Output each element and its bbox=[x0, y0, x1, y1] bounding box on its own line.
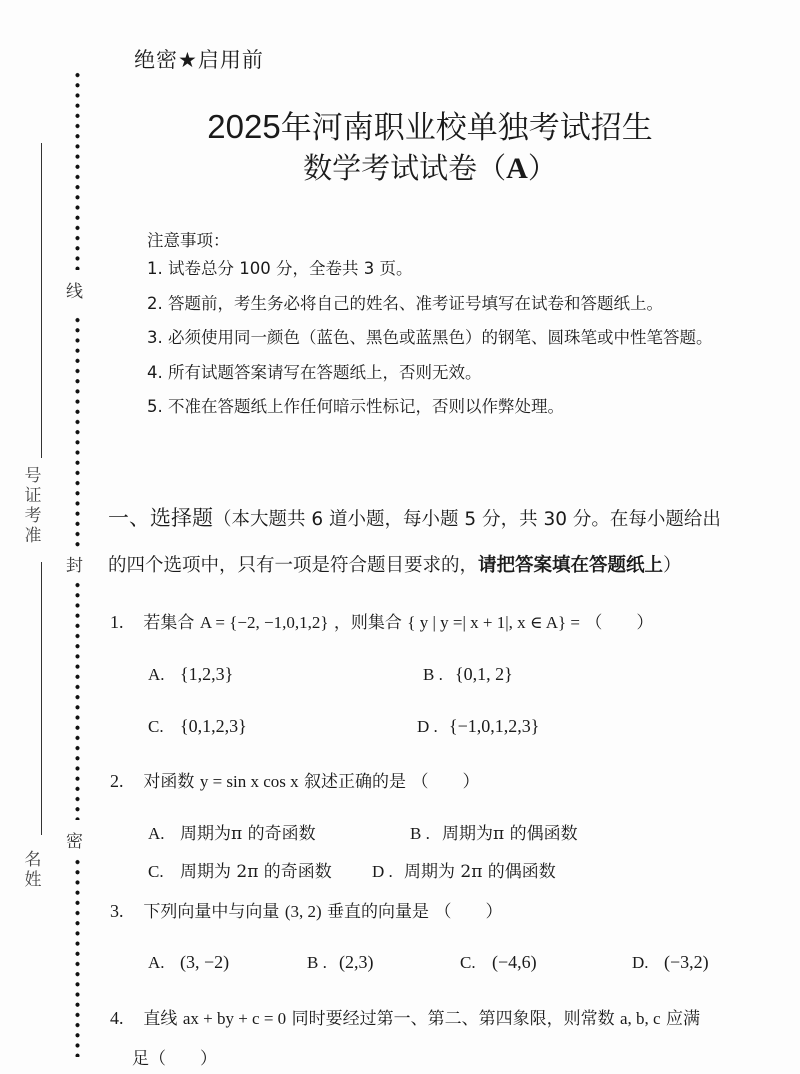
option-b: B .(2,3) bbox=[307, 952, 374, 973]
binding-rule-line bbox=[41, 562, 42, 835]
question-3: 3. 下列向量中与向量 (3, 2) 垂直的向量是 （ ） bbox=[110, 897, 502, 922]
notice-heading: 注意事项： bbox=[147, 227, 713, 251]
answer-sheet-instruction: 请把答案填在答题纸上 bbox=[478, 555, 663, 576]
notice-item: 1. 试卷总分 100 分，全卷共 3 页。 bbox=[147, 257, 713, 292]
notice-item: 4. 所有试题答案请写在答题纸上，否则无效。 bbox=[147, 361, 713, 396]
question-number: 3. bbox=[110, 901, 138, 922]
notice-item: 3. 必须使用同一颜色（蓝色、黑色或蓝黑色）的钢笔、圆珠笔或中性笔答题。 bbox=[147, 326, 713, 361]
name-label: 名 姓 bbox=[23, 850, 43, 890]
notice-item: 5. 不准在答题纸上作任何暗示性标记，否则以作弊处理。 bbox=[147, 395, 713, 430]
seal-dotted-line bbox=[75, 857, 80, 1057]
math-expression: ax + by + c = 0 bbox=[183, 1009, 286, 1028]
option-a: A.{1,2,3} bbox=[148, 664, 233, 685]
math-expression: a, b, c bbox=[620, 1009, 661, 1028]
question-1: 1. 若集合 A = {−2, −1,0,1,2} ，则集合 { y | y =… bbox=[110, 608, 653, 633]
question-number: 1. bbox=[110, 612, 138, 633]
seal-dotted-line bbox=[75, 580, 80, 820]
paper-variant: A bbox=[506, 152, 528, 185]
math-expression: y = sin x cos x bbox=[200, 772, 299, 791]
binding-rule-line bbox=[41, 143, 42, 458]
option-a: A.周期为π 的奇函数 bbox=[148, 819, 316, 844]
notice-item: 2. 答题前，考生务必将自己的姓名、准考证号填写在试卷和答题纸上。 bbox=[147, 292, 713, 327]
question-number: 2. bbox=[110, 771, 138, 792]
question-number: 4. bbox=[110, 1008, 138, 1029]
exam-subtitle: 数学考试试卷（A） bbox=[0, 146, 800, 187]
answer-blank: （ ） bbox=[434, 897, 502, 922]
exam-year: 2025 bbox=[207, 108, 280, 145]
option-a: A.(3, −2) bbox=[148, 952, 229, 973]
seal-char-xian: 线 bbox=[66, 277, 83, 302]
notice-block: 注意事项： 1. 试卷总分 100 分，全卷共 3 页。 2. 答题前，考生务必… bbox=[147, 227, 713, 430]
question-2: 2. 对函数 y = sin x cos x 叙述正确的是 （ ） bbox=[110, 767, 479, 792]
answer-blank: （ ） bbox=[411, 767, 479, 792]
section-title: 一、选择题 bbox=[108, 506, 213, 530]
option-b: B .{0,1, 2} bbox=[423, 664, 513, 685]
exam-number-label: 号 证 考 准 bbox=[23, 466, 43, 546]
option-c: C.周期为 2π 的奇函数 bbox=[148, 857, 332, 882]
question-4-continuation: 足（ ） bbox=[132, 1044, 217, 1069]
exam-title-text: 年河南职业校单独考试招生 bbox=[281, 110, 653, 146]
option-d: D .{−1,0,1,2,3} bbox=[417, 716, 539, 737]
section-instructions: （本大题共 6 道小题，每小题 5 分，共 30 分。在每小题给出 bbox=[213, 509, 721, 530]
exam-title: 2025年河南职业校单独考试招生 bbox=[0, 102, 800, 147]
math-expression: { y | y =| x + 1|, x ∈ A} = bbox=[407, 613, 580, 632]
section-heading: 一、选择题（本大题共 6 道小题，每小题 5 分，共 30 分。在每小题给出 的… bbox=[108, 503, 721, 599]
seal-char-feng: 封 bbox=[66, 551, 83, 576]
confidential-mark: 绝密★启用前 bbox=[134, 44, 264, 74]
answer-blank: （ ） bbox=[585, 608, 653, 633]
seal-char-mi: 密 bbox=[66, 827, 83, 852]
option-b: B .周期为π 的偶函数 bbox=[410, 819, 578, 844]
option-d: D .周期为 2π 的偶函数 bbox=[372, 857, 556, 882]
option-c: C.(−4,6) bbox=[460, 952, 537, 973]
seal-dotted-line bbox=[75, 315, 80, 547]
math-expression: (3, 2) bbox=[285, 902, 322, 921]
question-4: 4. 直线 ax + by + c = 0 同时要经过第一、第二、第四象限，则常… bbox=[110, 1004, 700, 1029]
option-c: C.{0,1,2,3} bbox=[148, 716, 247, 737]
option-d: D.(−3,2) bbox=[632, 952, 709, 973]
math-expression: A = {−2, −1,0,1,2} bbox=[200, 613, 329, 632]
